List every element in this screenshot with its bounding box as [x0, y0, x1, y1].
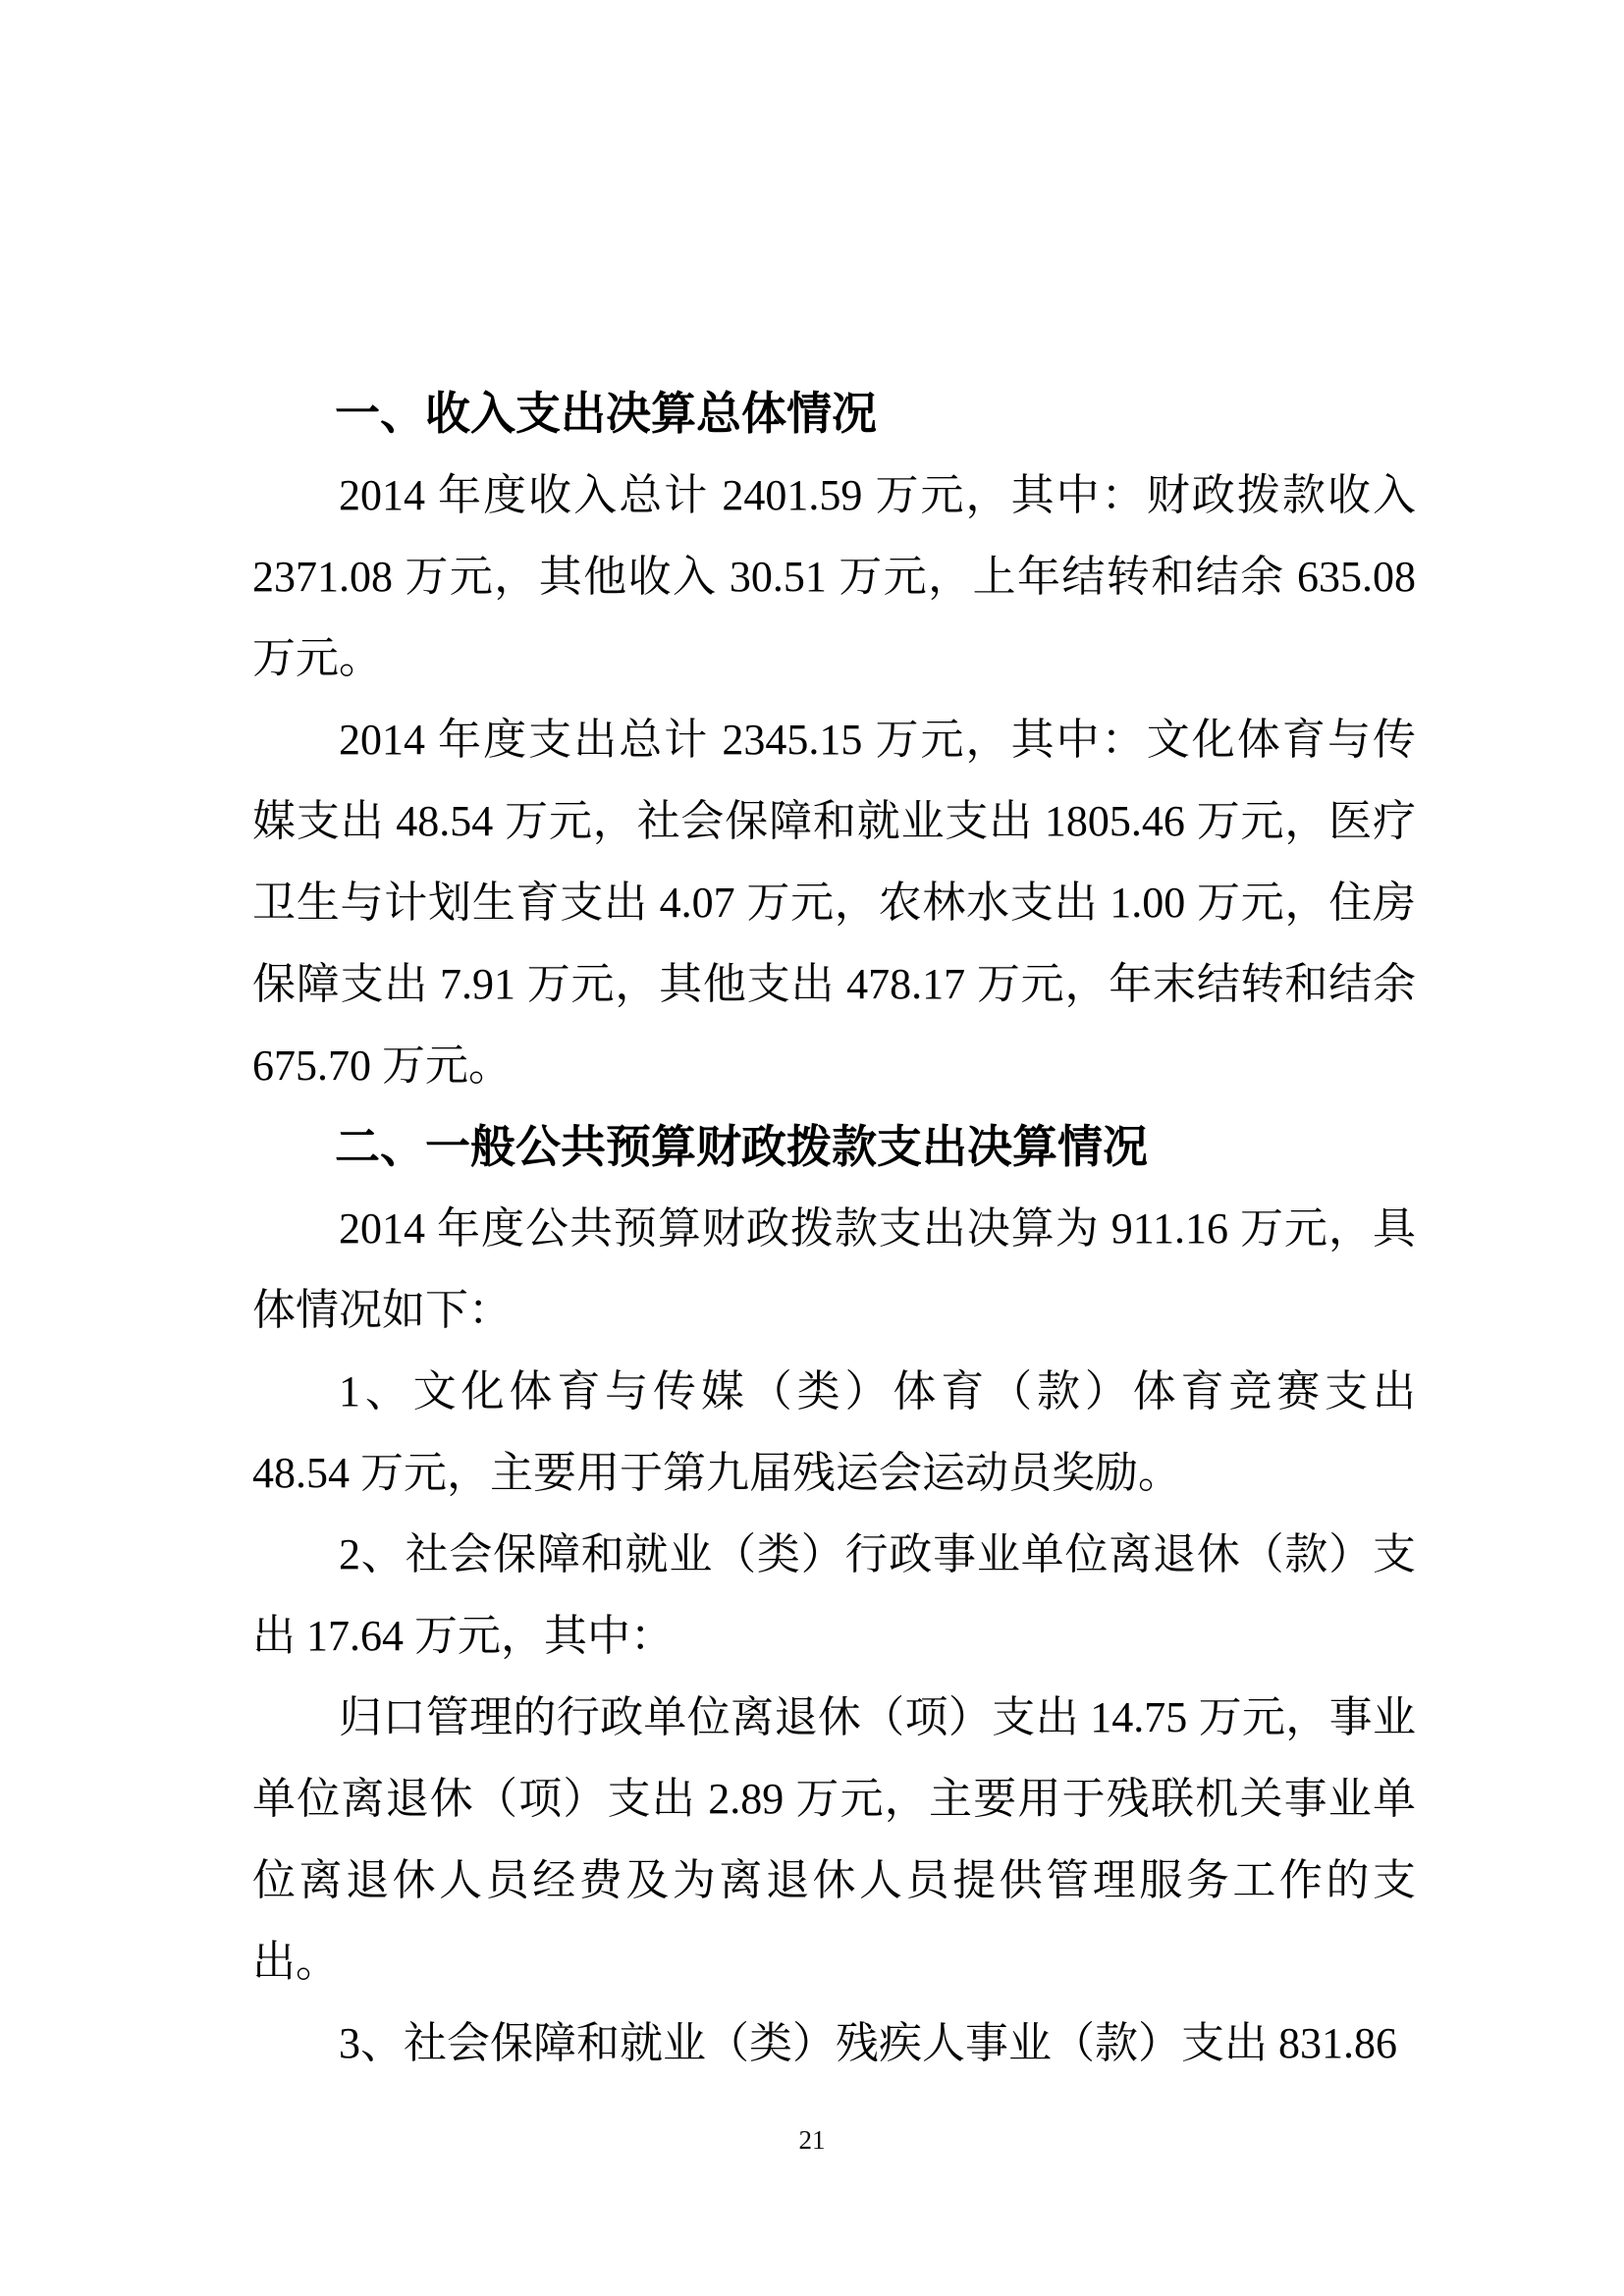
- document-page: 一、收入支出决算总体情况 2014 年度收入总计 2401.59 万元，其中：财…: [0, 0, 1624, 2296]
- page-number: 21: [0, 2120, 1624, 2160]
- paragraph-item-1-culture-sports-media: 1、文化体育与传媒（类）体育（款）体育竞赛支出 48.54 万元，主要用于第九届…: [252, 1351, 1416, 1514]
- section-heading-income-expenditure-overview: 一、收入支出决算总体情况: [252, 373, 1416, 454]
- paragraph-total-income: 2014 年度收入总计 2401.59 万元，其中：财政拨款收入 2371.08…: [252, 454, 1416, 699]
- paragraph-total-expenditure: 2014 年度支出总计 2345.15 万元，其中：文化体育与传媒支出 48.5…: [252, 699, 1416, 1106]
- paragraph-item-2-social-security-retirement: 2、社会保障和就业（类）行政事业单位离退休（款）支出 17.64 万元，其中：: [252, 1514, 1416, 1677]
- paragraph-retirement-detail: 归口管理的行政单位离退休（项）支出 14.75 万元，事业单位离退休（项）支出 …: [252, 1677, 1416, 2002]
- paragraph-item-3-disabled-persons-program: 3、社会保障和就业（类）残疾人事业（款）支出 831.86: [252, 2002, 1416, 2084]
- section-heading-public-budget-expenditure: 二、一般公共预算财政拨款支出决算情况: [252, 1106, 1416, 1188]
- paragraph-budget-expenditure-total: 2014 年度公共预算财政拨款支出决算为 911.16 万元，具体情况如下：: [252, 1188, 1416, 1351]
